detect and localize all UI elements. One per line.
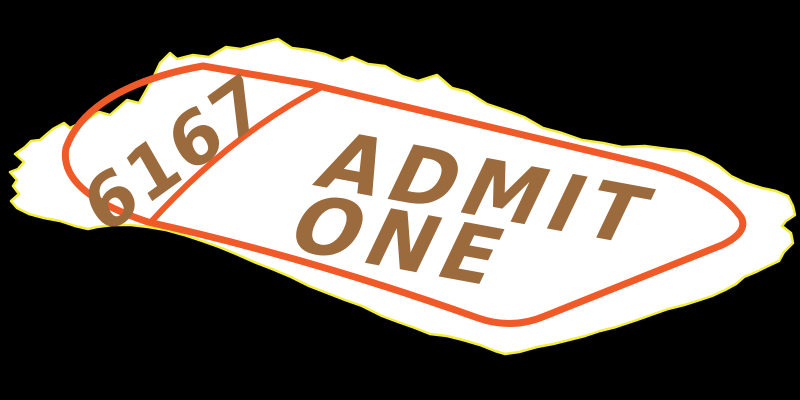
ticket-illustration-canvas: 6167 ADMIT ONE	[0, 0, 800, 400]
admission-ticket-graphic: 6167 ADMIT ONE	[0, 0, 800, 400]
